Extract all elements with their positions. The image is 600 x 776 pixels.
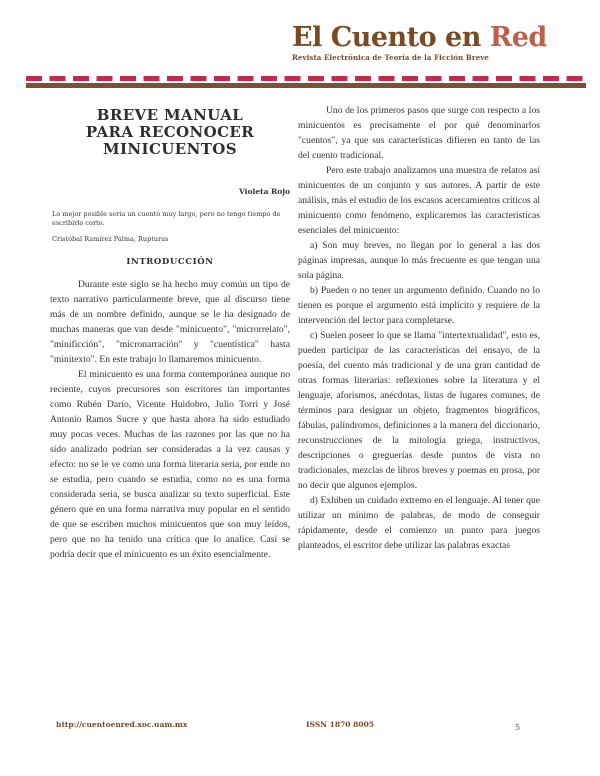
journal-title-accent: Red	[490, 22, 547, 53]
article-author: Violeta Rojo	[50, 187, 290, 196]
article-title-line: para reconocer	[50, 124, 290, 141]
body-paragraph: Pero este trabajo analizamos una muestra…	[298, 163, 540, 238]
section-heading: Introducción	[50, 257, 290, 267]
article-title-line: Breve manual	[50, 107, 290, 124]
body-paragraph: Durante este siglo se ha hecho muy común…	[50, 277, 290, 367]
page-number: 5	[515, 723, 520, 732]
header-solid-rule	[26, 83, 586, 88]
epigraph: Lo mejor posible sería un cuento muy lar…	[50, 210, 290, 228]
left-column: Breve manual para reconocer minicuentos …	[50, 103, 290, 562]
article-title: Breve manual para reconocer minicuentos	[50, 107, 290, 158]
body-paragraph: El minicuento es una forma contemporánea…	[50, 367, 290, 562]
body-paragraph: Uno de los primeros pasos que surge con …	[298, 103, 540, 163]
article-title-line: minicuentos	[50, 141, 290, 158]
list-item: a) Son muy breves, no llegan por lo gene…	[298, 238, 540, 283]
journal-title-main: El Cuento en	[292, 22, 490, 53]
header-dashed-rule	[26, 76, 588, 81]
journal-title: El Cuento en Red	[292, 24, 592, 51]
right-column: Uno de los primeros pasos que surge con …	[298, 103, 540, 553]
footer-url-link[interactable]: http://cuentoenred.xoc.uam.mx	[56, 720, 187, 729]
list-item: c) Suelen poseer lo que se llama "intert…	[298, 328, 540, 493]
footer-issn: ISSN 1870 8005	[306, 720, 374, 729]
list-item: b) Pueden o no tener un argumento defini…	[298, 283, 540, 328]
epigraph-source: Cristóbal Ramírez Palma, Rupturas	[50, 235, 290, 243]
list-item: d) Exhiben un cuidado extremo en el leng…	[298, 493, 540, 553]
journal-logo: El Cuento en Red Revista Electrónica de …	[292, 24, 592, 62]
journal-subtitle: Revista Electrónica de Teoría de la Ficc…	[292, 53, 592, 62]
